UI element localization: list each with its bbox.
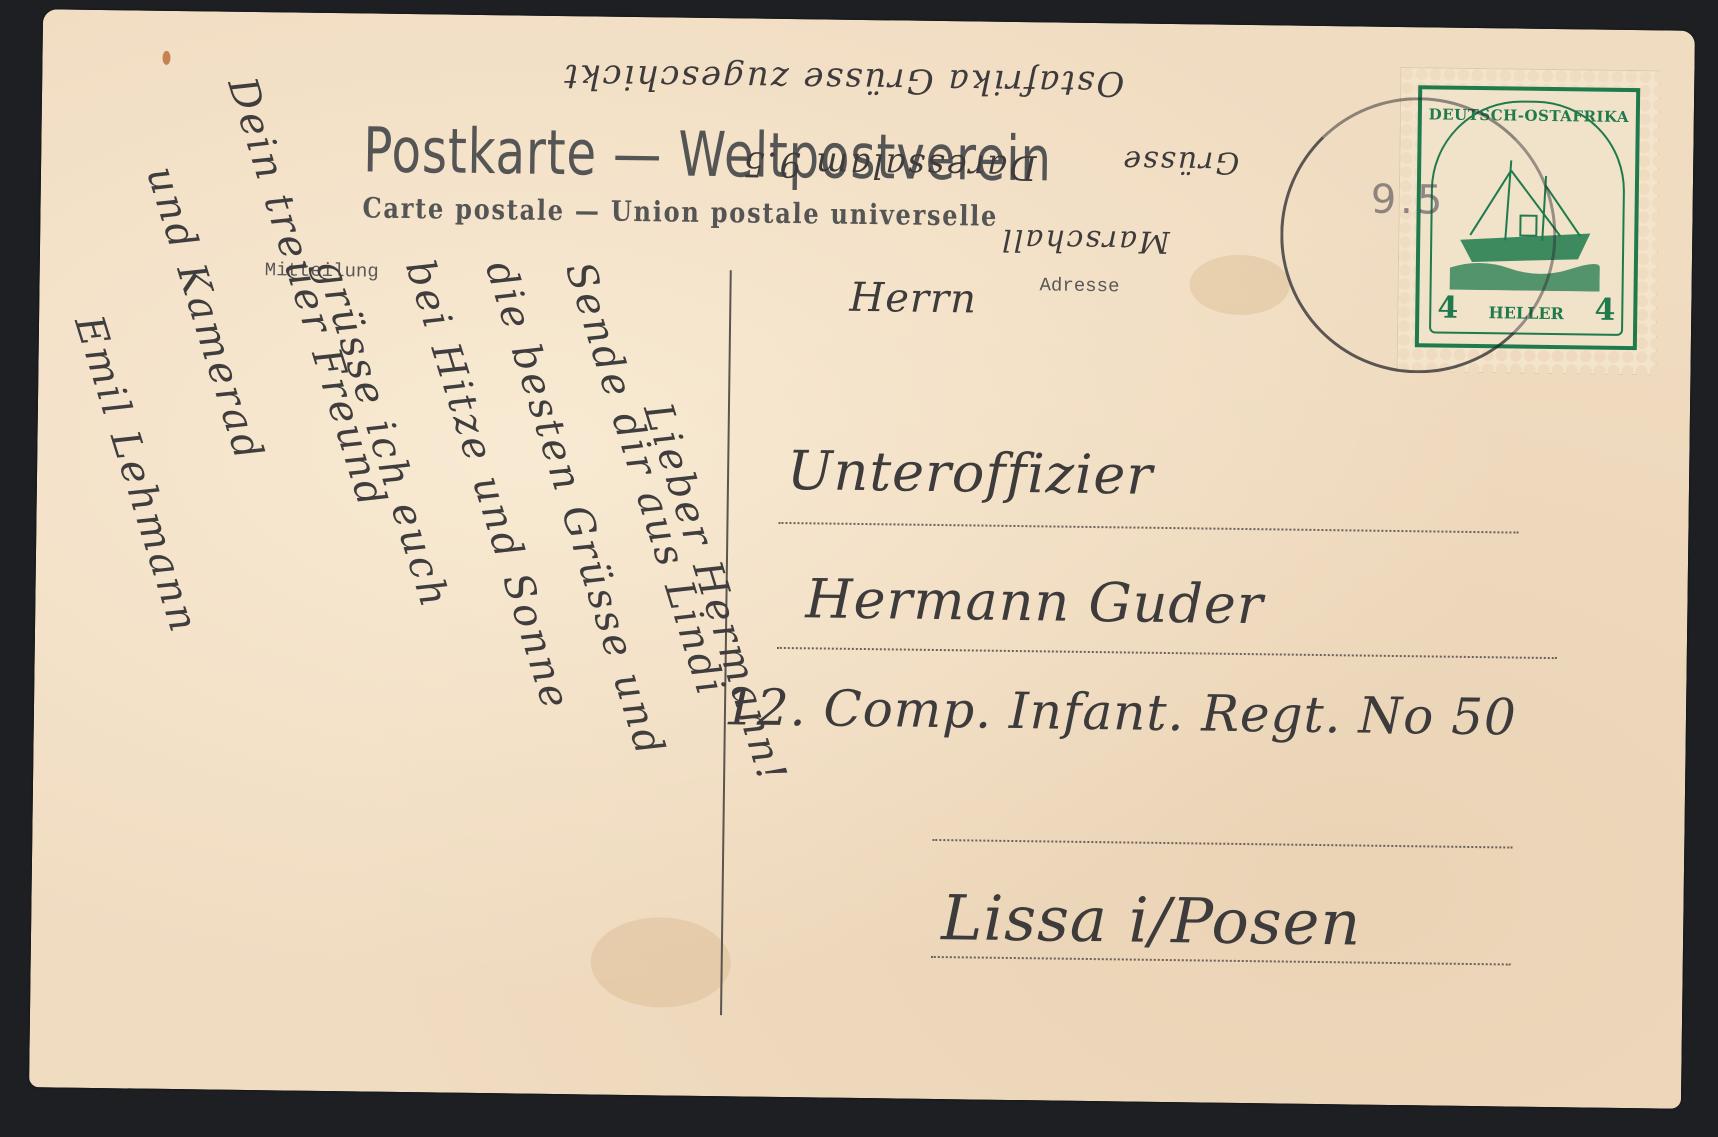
address-city: Lissa i/Posen: [941, 881, 1362, 959]
postmark-date: 9.5: [1370, 177, 1446, 224]
address-line-1: [778, 522, 1518, 534]
address-name: Hermann Guder: [805, 567, 1264, 636]
address-rank: Unteroffizier: [787, 439, 1154, 507]
address-salutation: Herrn: [849, 275, 977, 323]
card-subtitle: Carte postale — Union postale universell…: [362, 191, 998, 232]
message-line: und Kamerad: [137, 161, 272, 468]
upside-down-note-line: Grüsse: [1121, 143, 1240, 180]
stain: [590, 916, 731, 1008]
address-line-2: [777, 647, 1557, 659]
stain: [1189, 254, 1290, 315]
message-line: Emil Lehmann: [65, 310, 207, 639]
upside-down-note-line: Ostafrika Grüsse zugeschickt: [562, 56, 1125, 103]
upside-down-note-line: Marschall: [1000, 222, 1170, 259]
address-line-3: [932, 839, 1512, 849]
rust-spot: [162, 51, 170, 65]
postcard: Postkarte — Weltpostverein Carte postale…: [29, 9, 1695, 1109]
address-unit: 12. Comp. Infant. Regt. No 50: [724, 678, 1518, 746]
address-label: Adresse: [1039, 274, 1119, 297]
upside-down-note-line: Daressalam 9.5: [741, 143, 1037, 187]
